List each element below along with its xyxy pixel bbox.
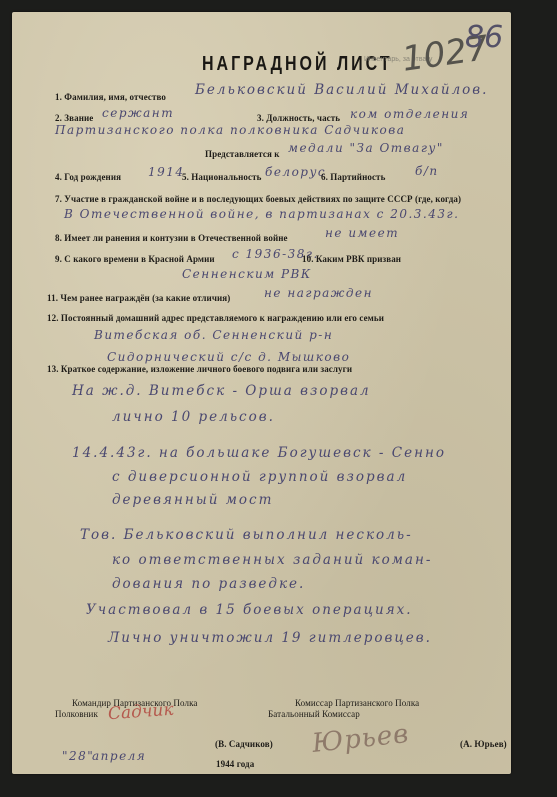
field-1-label: 1. Фамилия, имя, отчество xyxy=(55,92,166,102)
commissar-signature: Юрьев xyxy=(311,719,411,759)
date-month: апреля xyxy=(92,749,146,763)
commander-rank: Полковник xyxy=(55,709,98,719)
field-10-value: Сенненским РВК xyxy=(182,267,312,281)
field-9-label: 9. С какого времени в Красной Армии xyxy=(55,254,215,264)
commander-signature: Садчик xyxy=(107,700,174,725)
presented-label: Представляется к xyxy=(205,149,280,159)
field-7-value: В Отечественной войне, в партизанах с 20… xyxy=(64,207,459,221)
field-1-value: Бельковский Василий Михайлов. xyxy=(195,82,488,98)
field-5-value: белорус xyxy=(265,165,326,179)
field-13-label: 13. Краткое содержание, изложение личног… xyxy=(47,364,352,374)
narrative-line: Лично уничтожил 19 гитлеровцев. xyxy=(108,630,432,646)
archive-number-ink: 86 xyxy=(465,20,503,55)
field-12-value-line1: Витебская об. Сенненский р-н xyxy=(94,328,333,342)
field-8-value: не имеет xyxy=(325,226,399,240)
date-day: "28" xyxy=(62,749,94,763)
presented-value: медали "За Отвагу" xyxy=(288,141,444,155)
narrative-line: дования по разведке. xyxy=(112,576,305,592)
field-4-label: 4. Год рождения xyxy=(55,172,121,182)
commissar-name: (А. Юрьев) xyxy=(460,739,507,749)
narrative-line: с диверсионной группой взорвал xyxy=(112,469,407,485)
narrative-line: Тов. Бельковский выполнил несколь- xyxy=(80,527,413,543)
field-4-value: 1914 xyxy=(148,165,185,179)
field-7-label: 7. Участие в гражданской войне и в после… xyxy=(55,194,461,204)
field-5-label: 5. Национальность xyxy=(182,172,262,182)
field-3-value-line1: ком отделения xyxy=(350,107,469,121)
commissar-rank: Батальонный Комиссар xyxy=(268,709,360,719)
field-6-value: б/п xyxy=(415,164,439,178)
field-3-label: 3. Должность, часть xyxy=(257,113,340,123)
award-sheet-paper: НАГРАДНОЙ ЛИСТ Инвентарь, за отвагу 1027… xyxy=(12,12,511,774)
narrative-line: 14.4.43г. на большаке Богушевск - Сенно xyxy=(72,445,446,461)
field-12-value-line2: Сидорнический с/с д. Мышково xyxy=(107,350,350,364)
narrative-line: деревянный мост xyxy=(112,492,273,508)
field-6-label: 6. Партийность xyxy=(321,172,385,182)
field-11-value: не награжден xyxy=(264,286,373,300)
field-11-label: 11. Чем ранее награждён (за какие отличи… xyxy=(47,293,230,303)
field-8-label: 8. Имеет ли ранения и контузии в Отечест… xyxy=(55,233,288,243)
field-3-value-line2: Партизанского полка полковника Садчикова xyxy=(55,123,405,137)
field-2-label: 2. Звание xyxy=(55,113,93,123)
commander-name: (В. Садчиков) xyxy=(215,739,273,749)
narrative-line: Участвовал в 15 боевых операциях. xyxy=(86,602,413,618)
commissar-title: Комиссар Партизанского Полка xyxy=(295,698,419,708)
field-2-value: сержант xyxy=(102,106,174,120)
narrative-line: лично 10 рельсов. xyxy=(112,409,275,425)
field-12-label: 12. Постоянный домашний адрес представля… xyxy=(47,313,384,323)
field-10-label: 10. Каким РВК призван xyxy=(302,254,401,264)
narrative-line: ко ответственных заданий коман- xyxy=(112,552,432,568)
date-year: 1944 года xyxy=(216,759,254,769)
narrative-line: На ж.д. Витебск - Орша взорвал xyxy=(72,383,371,399)
